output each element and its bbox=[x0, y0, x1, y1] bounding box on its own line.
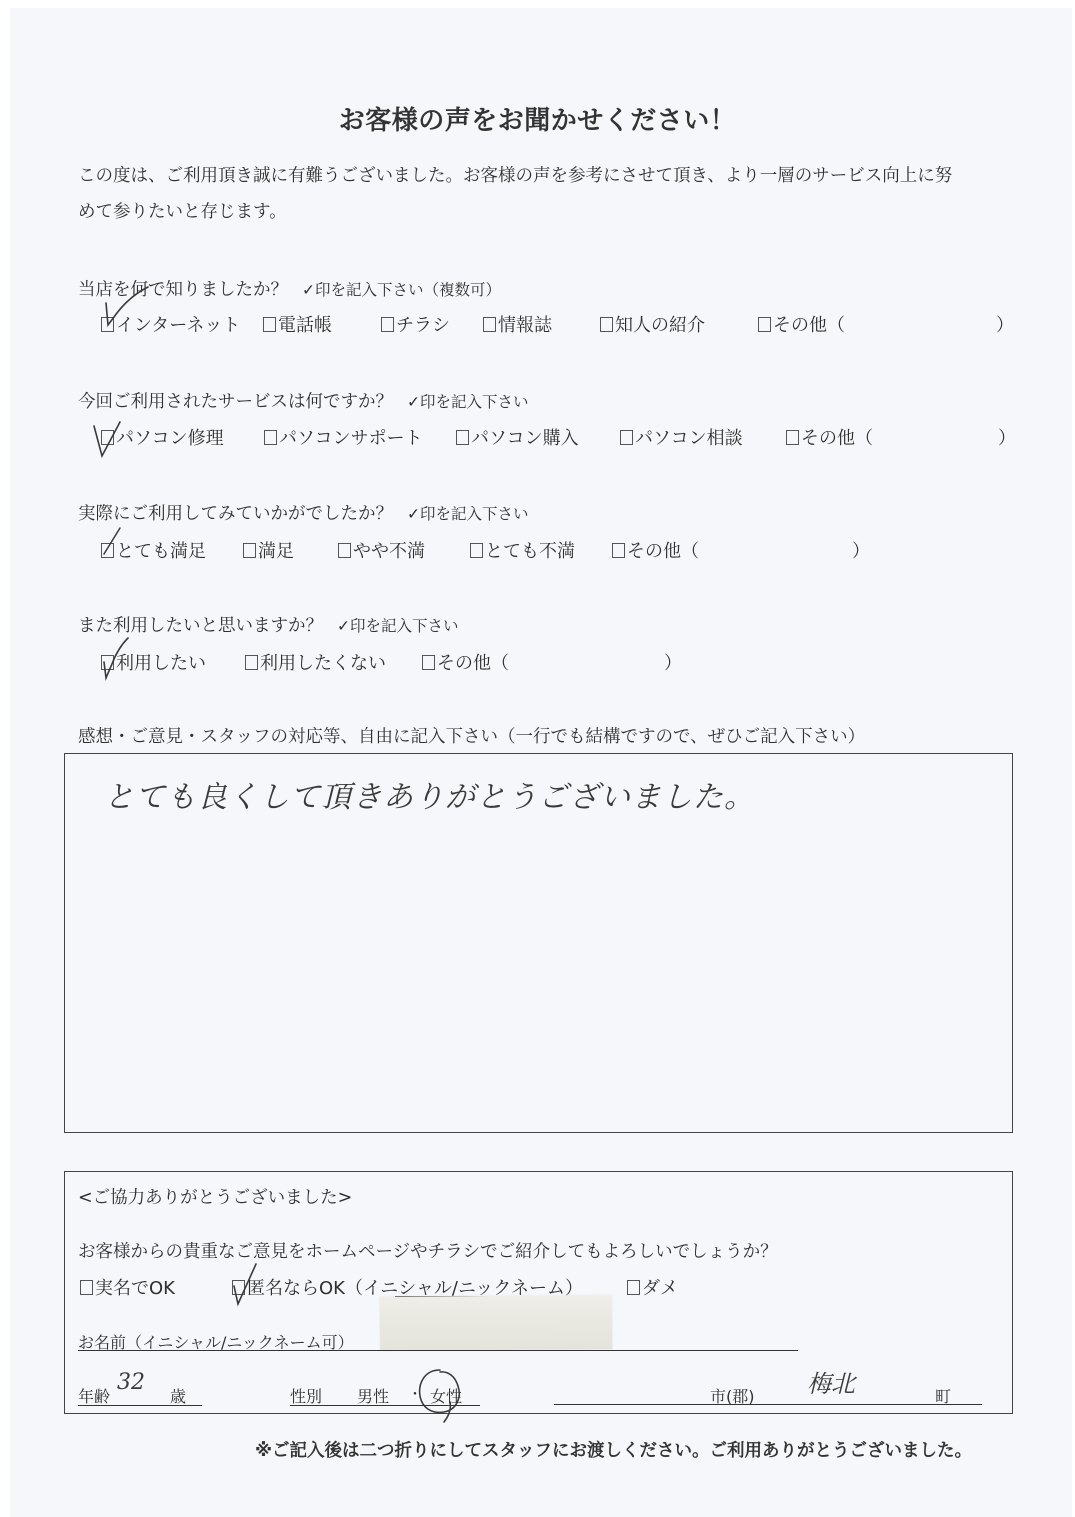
question-reuse: また利用したいと思いますか？✓印を記入下さい bbox=[78, 612, 459, 637]
option-label: その他（ bbox=[773, 315, 845, 336]
question-hint: ✓印を記入下さい bbox=[337, 617, 459, 635]
option-very-dissatisfied[interactable]: とても不満 bbox=[470, 537, 575, 563]
option-label: 知人の紹介 bbox=[615, 315, 705, 336]
checkbox[interactable] bbox=[620, 430, 633, 445]
checkbox[interactable] bbox=[786, 430, 799, 445]
question-how-found: 当店を何で知りましたか？✓印を記入下さい（複数可） bbox=[78, 276, 501, 301]
option-other[interactable]: その他（ bbox=[758, 311, 845, 337]
question-hint: ✓印を記入下さい（複数可） bbox=[302, 281, 501, 299]
option-somewhat-dissatisfied[interactable]: やや不満 bbox=[338, 537, 425, 563]
age-label: 年齢 bbox=[78, 1384, 110, 1407]
checkbox[interactable] bbox=[422, 655, 435, 670]
option-label: インターネット bbox=[116, 315, 240, 336]
option-pc-consult[interactable]: パソコン相談 bbox=[620, 424, 743, 450]
option-magazine[interactable]: 情報誌 bbox=[483, 311, 552, 337]
age-unit: 歳 bbox=[170, 1384, 186, 1407]
option-label: 電話帳 bbox=[278, 315, 332, 336]
handwritten-comment: とても良くして頂きありがとうございました。 bbox=[104, 772, 755, 816]
checkbox[interactable] bbox=[101, 543, 114, 558]
name-input-line[interactable] bbox=[78, 1350, 798, 1351]
page-title: お客様の声をお聞かせください！ bbox=[0, 100, 1075, 137]
question-service-used: 今回ご利用されたサービスは何ですか？✓印を記入下さい bbox=[78, 388, 529, 413]
option-pc-purchase[interactable]: パソコン購入 bbox=[456, 424, 579, 450]
option-label: ダメ bbox=[642, 1278, 678, 1299]
redaction-tape bbox=[380, 1295, 612, 1351]
option-label: パソコン購入 bbox=[471, 428, 579, 449]
consent-question: お客様からの貴重なご意見をホームページやチラシでご紹介してもよろしいでしょうか？ bbox=[78, 1238, 778, 1263]
option-pc-support[interactable]: パソコンサポート bbox=[264, 424, 423, 450]
option-real-name-ok[interactable]: 実名でOK bbox=[80, 1274, 175, 1300]
checkbox[interactable] bbox=[264, 430, 277, 445]
checkbox[interactable] bbox=[470, 543, 483, 558]
checkbox[interactable] bbox=[101, 317, 114, 332]
checkbox[interactable] bbox=[232, 1280, 245, 1295]
consent-thanks: <ご協力ありがとうございました> bbox=[78, 1184, 352, 1209]
question-text: 実際にご利用してみていかがでしたか？ bbox=[78, 504, 393, 524]
checkbox[interactable] bbox=[243, 543, 256, 558]
option-not-reuse[interactable]: 利用したくない bbox=[245, 649, 386, 675]
question-satisfaction: 実際にご利用してみていかがでしたか？✓印を記入下さい bbox=[78, 500, 529, 525]
option-internet[interactable]: インターネット bbox=[101, 311, 240, 337]
gender-male[interactable]: 男性 bbox=[357, 1384, 389, 1407]
gender-female[interactable]: 女性 bbox=[430, 1384, 462, 1407]
other-paren-close: ） bbox=[852, 537, 870, 563]
option-satisfied[interactable]: 満足 bbox=[243, 537, 294, 563]
intro-line-1: この度は、ご利用頂き誠に有難うございました。お客様の声を参考にさせて頂き、より一… bbox=[78, 158, 1008, 194]
option-other[interactable]: その他（ bbox=[612, 537, 699, 563]
option-label: 満足 bbox=[258, 541, 294, 562]
checkbox[interactable] bbox=[338, 543, 351, 558]
gender-separator: ・ bbox=[408, 1384, 422, 1404]
checkbox[interactable] bbox=[263, 317, 276, 332]
other-paren-close: ） bbox=[996, 311, 1014, 337]
option-label: やや不満 bbox=[353, 541, 425, 562]
gender-label: 性別 bbox=[290, 1384, 322, 1407]
intro-text: この度は、ご利用頂き誠に有難うございました。お客様の声を参考にさせて頂き、より一… bbox=[78, 158, 1008, 230]
address-input-line bbox=[554, 1404, 982, 1405]
option-label: 情報誌 bbox=[498, 315, 552, 336]
footer-note: ※ご記入後は二つ折りにしてスタッフにお渡しください。ご利用ありがとうございました… bbox=[255, 1437, 972, 1462]
question-text: 今回ご利用されたサービスは何ですか？ bbox=[78, 392, 393, 412]
checkbox[interactable] bbox=[245, 655, 258, 670]
option-very-satisfied[interactable]: とても満足 bbox=[101, 537, 206, 563]
option-label: パソコン修理 bbox=[116, 428, 224, 449]
checkbox[interactable] bbox=[101, 655, 114, 670]
question-hint: ✓印を記入下さい bbox=[407, 393, 529, 411]
option-label: チラシ bbox=[396, 315, 450, 336]
option-want-reuse[interactable]: 利用したい bbox=[101, 649, 206, 675]
option-label: その他（ bbox=[627, 541, 699, 562]
option-label: とても満足 bbox=[116, 541, 206, 562]
option-label: とても不満 bbox=[485, 541, 575, 562]
checkbox[interactable] bbox=[381, 317, 394, 332]
option-other[interactable]: その他（ bbox=[786, 424, 873, 450]
option-referral[interactable]: 知人の紹介 bbox=[600, 311, 705, 337]
town-value[interactable]: 梅北 bbox=[807, 1364, 855, 1399]
checkbox[interactable] bbox=[101, 430, 114, 445]
option-label: パソコン相談 bbox=[635, 428, 743, 449]
option-label: 利用したい bbox=[116, 653, 206, 674]
checkbox[interactable] bbox=[627, 1280, 640, 1295]
question-hint: ✓印を記入下さい bbox=[407, 505, 529, 523]
checkbox[interactable] bbox=[80, 1280, 93, 1295]
checkbox[interactable] bbox=[483, 317, 496, 332]
option-flyer[interactable]: チラシ bbox=[381, 311, 450, 337]
intro-line-2: めて参りたいと存じます。 bbox=[78, 194, 1008, 230]
other-paren-close: ） bbox=[998, 424, 1016, 450]
gender-line bbox=[290, 1405, 480, 1406]
age-input-line bbox=[78, 1405, 202, 1406]
option-phonebook[interactable]: 電話帳 bbox=[263, 311, 332, 337]
option-pc-repair[interactable]: パソコン修理 bbox=[101, 424, 224, 450]
option-label: その他（ bbox=[801, 428, 873, 449]
question-text: 当店を何で知りましたか？ bbox=[78, 280, 288, 300]
option-no[interactable]: ダメ bbox=[627, 1274, 678, 1300]
other-paren-close: ） bbox=[664, 649, 682, 675]
comments-prompt: 感想・ご意見・スタッフの対応等、自由に記入下さい（一行でも結構ですので、ぜひご記… bbox=[78, 723, 865, 748]
checkbox[interactable] bbox=[456, 430, 469, 445]
checkbox[interactable] bbox=[758, 317, 771, 332]
option-other[interactable]: その他（ bbox=[422, 649, 509, 675]
checkbox[interactable] bbox=[600, 317, 613, 332]
option-label: パソコンサポート bbox=[279, 428, 423, 449]
option-label: 実名でOK bbox=[95, 1278, 175, 1299]
checkbox[interactable] bbox=[612, 543, 625, 558]
option-label: 利用したくない bbox=[260, 653, 386, 674]
age-value[interactable]: 32 bbox=[117, 1370, 145, 1395]
question-text: また利用したいと思いますか？ bbox=[78, 616, 323, 636]
option-label: その他（ bbox=[437, 653, 509, 674]
